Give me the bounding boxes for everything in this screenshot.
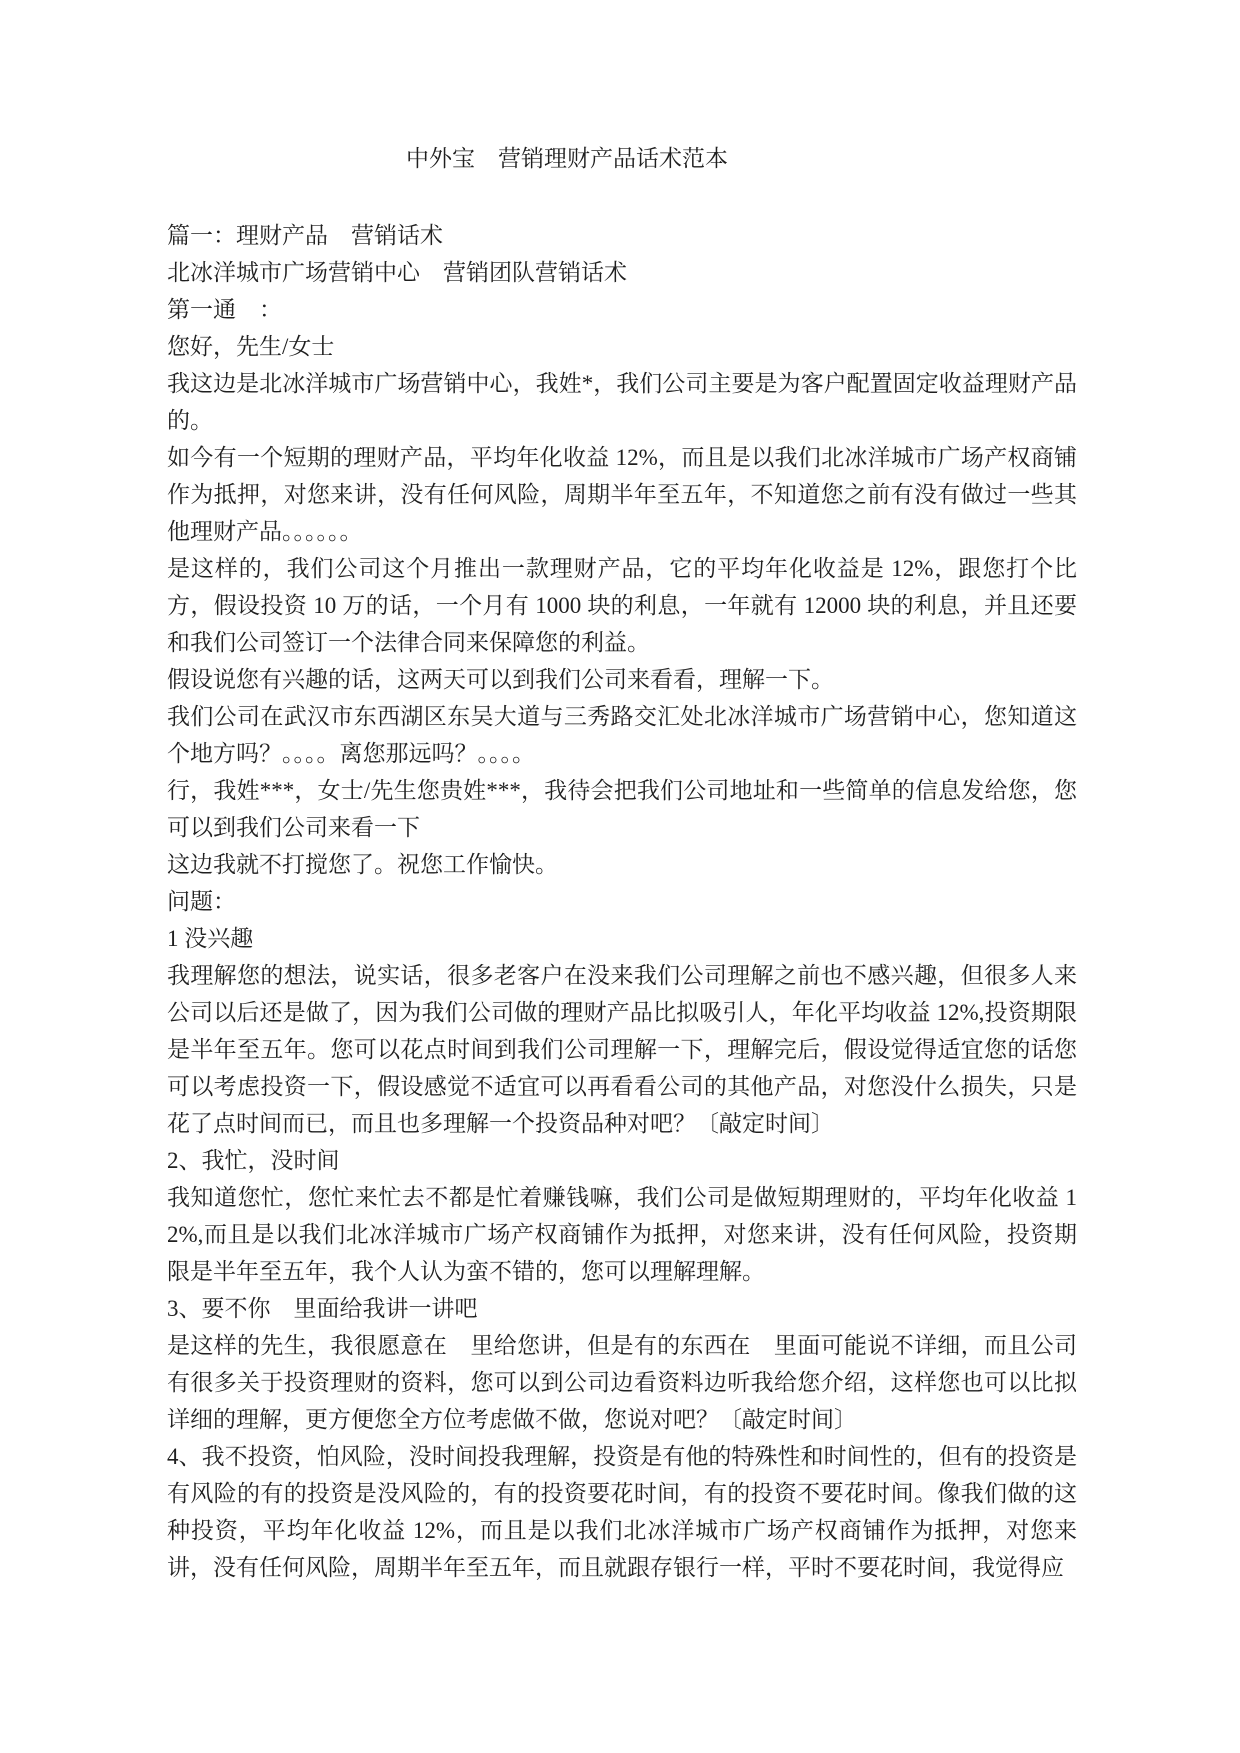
- call-label: 第一通 ：: [167, 291, 1077, 328]
- greeting-line: 您好，先生/女士: [167, 328, 1077, 365]
- paragraph: 行，我姓***，女士/先生您贵姓***，我待会把我们公司地址和一些简单的信息发给…: [167, 772, 1077, 846]
- section-heading: 篇一：理财产品 营销话术: [167, 217, 1077, 254]
- paragraph: 我们公司在武汉市东西湖区东吴大道与三秀路交汇处北冰洋城市广场营销中心，您知道这个…: [167, 698, 1077, 772]
- questions-label: 问题：: [167, 883, 1077, 920]
- paragraph: 如今有一个短期的理财产品，平均年化收益 12%，而且是以我们北冰洋城市广场产权商…: [167, 439, 1077, 550]
- objection-2-heading: 2、我忙，没时间: [167, 1142, 1077, 1179]
- subheading: 北冰洋城市广场营销中心 营销团队营销话术: [167, 254, 1077, 291]
- objection-1-heading: 1 没兴趣: [167, 920, 1077, 957]
- paragraph: 我知道您忙，您忙来忙去不都是忙着赚钱嘛，我们公司是做短期理财的，平均年化收益 1…: [167, 1179, 1077, 1290]
- paragraph: 我这边是北冰洋城市广场营销中心，我姓*，我们公司主要是为客户配置固定收益理财产品…: [167, 365, 1077, 439]
- paragraph: 我理解您的想法，说实话，很多老客户在没来我们公司理解之前也不感兴趣，但很多人来公…: [167, 957, 1077, 1142]
- objection-4-paragraph: 4、我不投资，怕风险，没时间投我理解，投资是有他的特殊性和时间性的，但有的投资是…: [167, 1438, 1077, 1586]
- objection-3-heading: 3、要不你 里面给我讲一讲吧: [167, 1290, 1077, 1327]
- paragraph: 是这样的，我们公司这个月推出一款理财产品，它的平均年化收益是 12%，跟您打个比…: [167, 550, 1077, 661]
- paragraph: 是这样的先生，我很愿意在 里给您讲，但是有的东西在 里面可能说不详细，而且公司有…: [167, 1327, 1077, 1438]
- document-page: 中外宝 营销理财产品话术范本 篇一：理财产品 营销话术 北冰洋城市广场营销中心 …: [0, 0, 1240, 1753]
- document-title: 中外宝 营销理财产品话术范本: [167, 140, 1077, 177]
- paragraph: 这边我就不打搅您了。祝您工作愉快。: [167, 846, 1077, 883]
- paragraph: 假设说您有兴趣的话，这两天可以到我们公司来看看，理解一下。: [167, 661, 1077, 698]
